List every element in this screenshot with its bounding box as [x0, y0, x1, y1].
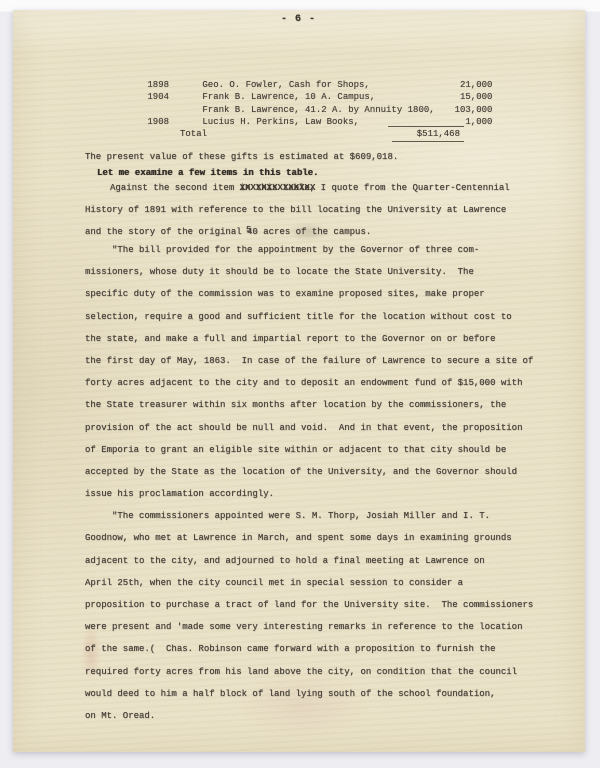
gift-description: Frank B. Lawrence, 10 A. Campus, — [202, 92, 442, 102]
total-label: Total — [180, 129, 207, 139]
gift-amount: 21,000 — [442, 80, 492, 90]
document-page: - 6 - 1898Geo. O. Fowler, Cash for Shops… — [13, 10, 585, 752]
quote-line: accepted by the State as the location of… — [85, 461, 555, 483]
quote-line: were present and 'made some very interes… — [85, 616, 555, 638]
struck-out-text: in this table,XXXXXXXXXXXXXX — [240, 181, 316, 195]
story-line: and the story of the original 450 acres … — [85, 225, 371, 239]
table-row: 1898Geo. O. Fowler, Cash for Shops,21,00… — [115, 70, 460, 82]
quote-line: specific duty of the commission was to e… — [85, 283, 555, 305]
quote-line: of Emporia to grant an eligible site wit… — [85, 439, 555, 461]
against-line: Against the second item in this table,XX… — [110, 181, 510, 195]
quote-line: proposition to purchase a tract of land … — [85, 594, 555, 616]
quote-line: of the same.( Chas. Robinson came forwar… — [85, 638, 555, 660]
quote-line: the state, and make a full and impartial… — [85, 328, 555, 350]
total-amount: $511,468 — [380, 129, 460, 139]
strikeout-x-overlay: XXXXXXXXXXXXXX — [240, 181, 316, 195]
quote-line: forty acres adjacent to the city and to … — [85, 372, 555, 394]
gift-amount: 103,000 — [442, 105, 492, 115]
gift-year: 1898 — [147, 80, 202, 90]
quote-line: on Mt. Oread. — [85, 705, 555, 727]
quote-line: April 25th, when the city council met in… — [85, 572, 555, 594]
quote-line: "The commissioners appointed were S. M. … — [85, 505, 555, 527]
quote-line: missioners, whose duty it should be to l… — [85, 261, 555, 283]
gift-description: Geo. O. Fowler, Cash for Shops, — [202, 80, 442, 90]
history-line: History of 1891 with reference to the bi… — [85, 203, 506, 217]
quote-line: would deed to him a half block of land l… — [85, 683, 555, 705]
story-suffix: 0 acres of the campus. — [252, 227, 371, 237]
quote-line: "The bill provided for the appointment b… — [85, 239, 555, 261]
gifts-table: 1898Geo. O. Fowler, Cash for Shops,21,00… — [115, 70, 460, 120]
page-number: - 6 - — [281, 13, 316, 27]
against-prefix: Against the second item — [110, 183, 240, 193]
gift-year: 1904 — [147, 92, 202, 102]
quoted-passage: "The bill provided for the appointment b… — [85, 239, 555, 727]
overstruck-character: 45 — [247, 225, 252, 239]
gift-year: 1908 — [147, 117, 202, 127]
total-overline — [388, 126, 464, 127]
quote-line: required forty acres from his land above… — [85, 661, 555, 683]
quote-line: adjacent to the city, and adjourned to h… — [85, 550, 555, 572]
bold-examine-line: Let me examine a few items in this table… — [97, 166, 318, 180]
quote-line: Goodnow, who met at Lawrence in March, a… — [85, 527, 555, 549]
gift-description: Frank B. Lawrence, 41.2 A. by Annuity 18… — [202, 105, 442, 115]
overstrike-top-character: 5 — [246, 223, 251, 237]
total-underline — [392, 141, 464, 142]
present-value-line: The present value of these gifts is esti… — [85, 150, 398, 164]
quote-line: provision of the act should be null and … — [85, 417, 555, 439]
quote-line: issue his proclamation accordingly. — [85, 483, 555, 505]
against-suffix: I quote from the Quarter-Centennial — [315, 183, 509, 193]
gift-amount: 15,000 — [442, 92, 492, 102]
quote-line: selection, require a good and sufficient… — [85, 306, 555, 328]
quote-line: the first day of May, 1863. In case of t… — [85, 350, 555, 372]
quote-line: the State treasurer within six months af… — [85, 394, 555, 416]
story-prefix: and the story of the original — [85, 227, 247, 237]
